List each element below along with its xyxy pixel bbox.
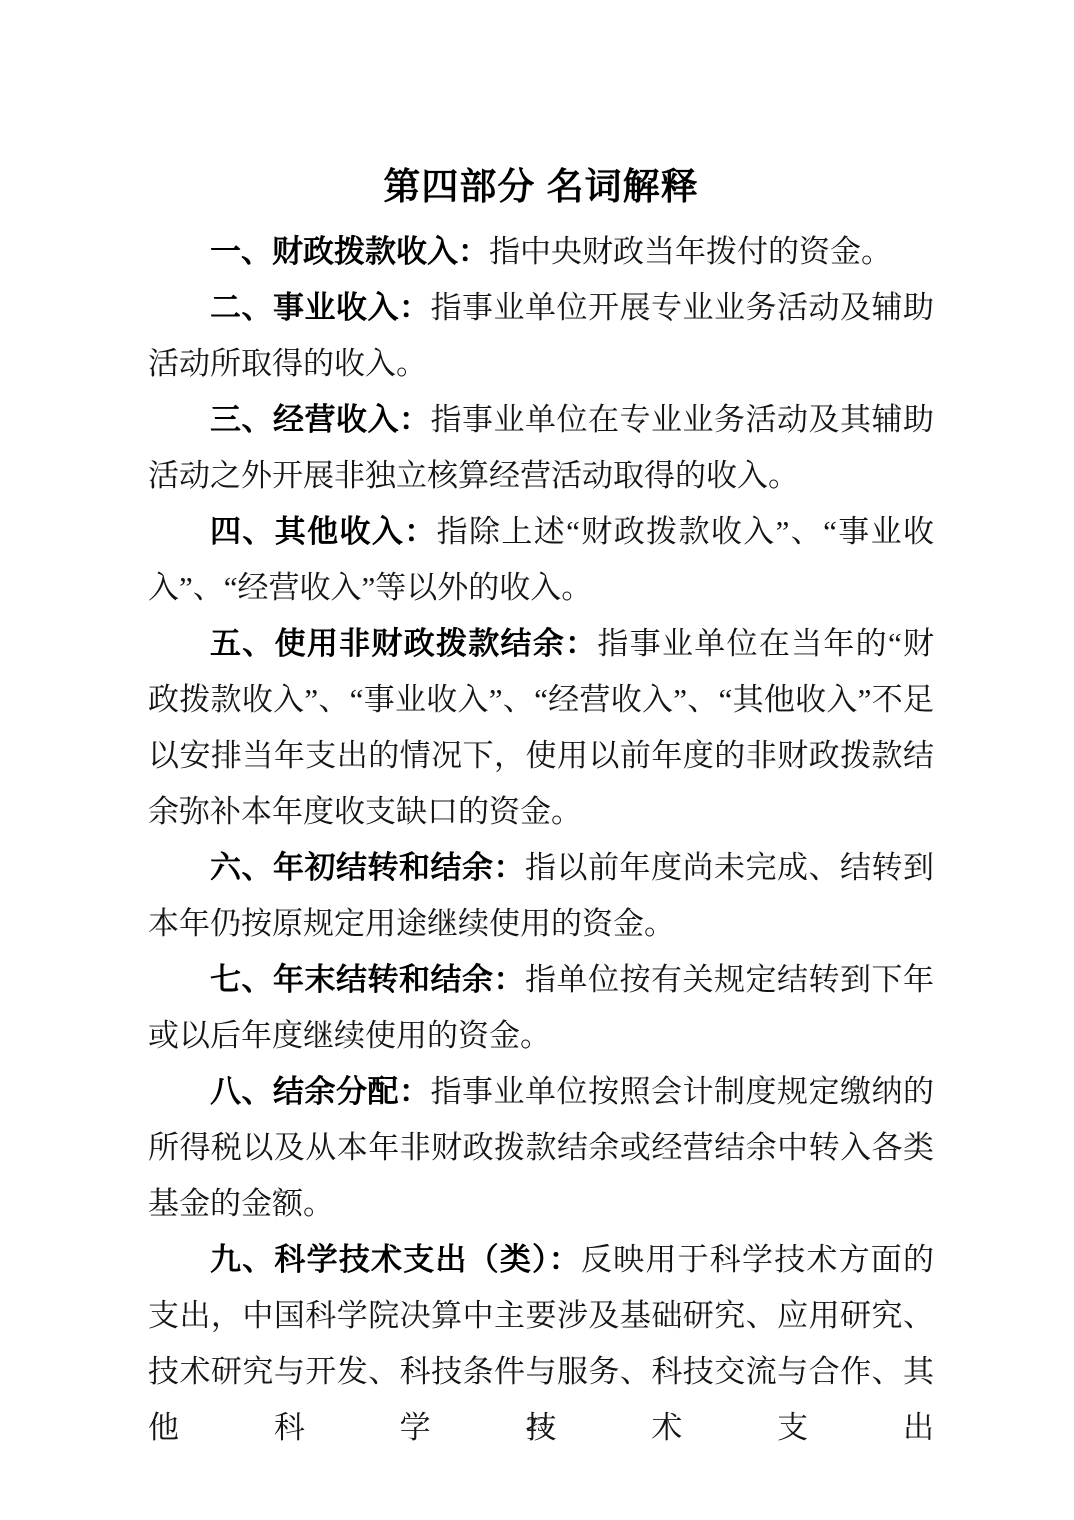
page-title: 第四部分 名词解释	[148, 158, 934, 216]
term-paragraph: 六、年初结转和结余：指以前年度尚未完成、结转到本年仍按原规定用途继续使用的资金。	[148, 840, 934, 952]
term-label: 一、财政拨款收入：	[210, 234, 489, 269]
term-label: 三、经营收入：	[210, 402, 431, 437]
term-paragraph: 二、事业收入：指事业单位开展专业业务活动及辅助活动所取得的收入。	[148, 280, 934, 392]
document-content: 第四部分 名词解释 一、财政拨款收入：指中央财政当年拨付的资金。 二、事业收入：…	[148, 158, 934, 1456]
term-label: 四、其他收入：	[210, 514, 437, 549]
term-paragraph: 四、其他收入：指除上述“财政拨款收入”、“事业收入”、“经营收入”等以外的收入。	[148, 504, 934, 616]
term-paragraph: 八、结余分配：指事业单位按照会计制度规定缴纳的所得税以及从本年非财政拨款结余或经…	[148, 1064, 934, 1232]
term-label: 五、使用非财政拨款结余：	[210, 626, 597, 661]
term-label: 七、年末结转和结余：	[210, 962, 525, 997]
term-paragraph: 一、财政拨款收入：指中央财政当年拨付的资金。	[148, 224, 934, 280]
term-paragraph: 七、年末结转和结余：指单位按有关规定结转到下年或以后年度继续使用的资金。	[148, 952, 934, 1064]
document-page: 第四部分 名词解释 一、财政拨款收入：指中央财政当年拨付的资金。 二、事业收入：…	[0, 0, 1074, 1520]
term-label: 八、结余分配：	[210, 1074, 431, 1109]
term-paragraph: 三、经营收入：指事业单位在专业业务活动及其辅助活动之外开展非独立核算经营活动取得…	[148, 392, 934, 504]
term-definition: 指中央财政当年拨付的资金。	[489, 234, 892, 269]
term-paragraph: 五、使用非财政拨款结余：指事业单位在当年的“财政拨款收入”、“事业收入”、“经营…	[148, 616, 934, 840]
term-label: 六、年初结转和结余：	[210, 850, 525, 885]
term-label: 二、事业收入：	[210, 290, 431, 325]
page-number: 23	[0, 1412, 1074, 1437]
term-label: 九、科学技术支出（类）：	[210, 1242, 581, 1277]
